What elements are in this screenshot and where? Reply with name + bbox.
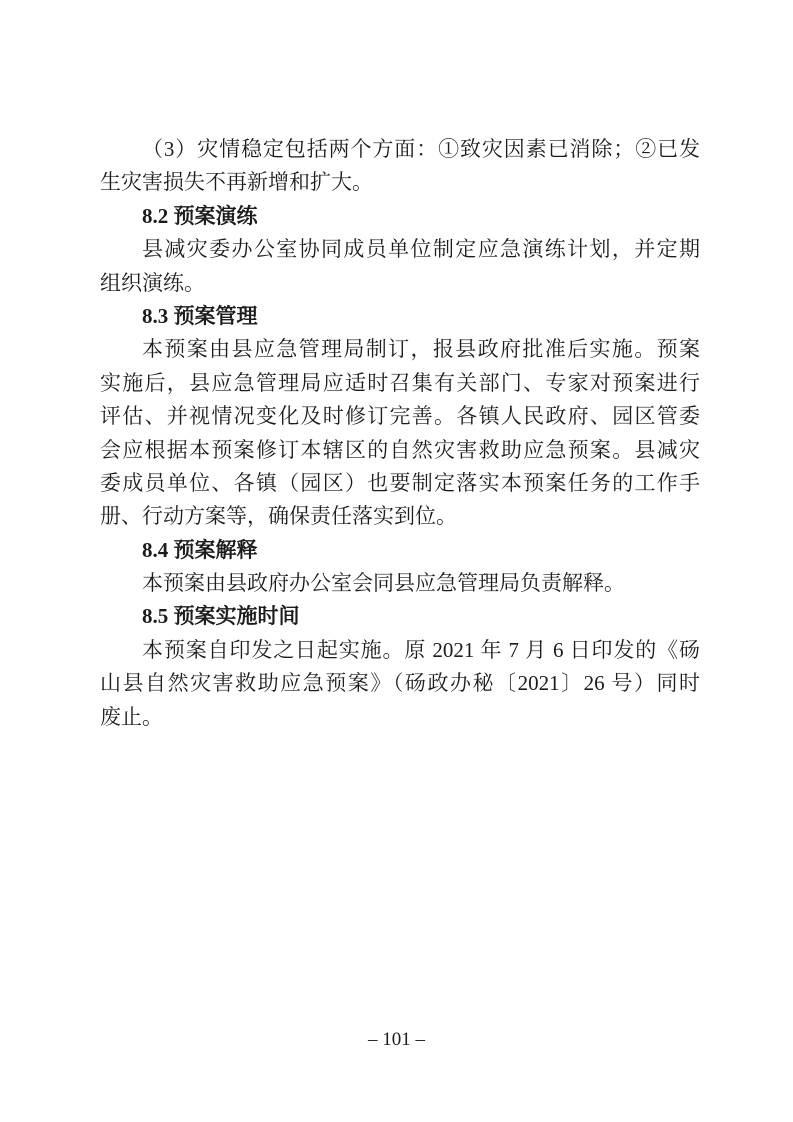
paragraph: 本预案由县应急管理局制订，报县政府批准后实施。预案实施后，县应急管理局应适时召集… bbox=[100, 333, 700, 533]
paragraph: 县减灾委办公室协同成员单位制定应急演练计划，并定期组织演练。 bbox=[100, 233, 700, 300]
text-line: 会应根据本预案修订本辖区的自然灾害救助应急预案。县减灾 bbox=[100, 434, 700, 467]
section-heading: 8.4 预案解释 bbox=[100, 534, 700, 567]
text-line: 册、行动方案等，确保责任落实到位。 bbox=[100, 500, 700, 533]
text-line: 本预案由县应急管理局制订，报县政府批准后实施。预案 bbox=[100, 333, 700, 366]
page-footer: – 101 – bbox=[0, 1028, 793, 1052]
section-heading: 8.3 预案管理 bbox=[100, 300, 700, 333]
text-line: 县减灾委办公室协同成员单位制定应急演练计划，并定期 bbox=[100, 233, 700, 266]
paragraph: 本预案自印发之日起实施。原 2021 年 7 月 6 日印发的《砀山县自然灾害救… bbox=[100, 634, 700, 734]
text-line: 本预案由县政府办公室会同县应急管理局负责解释。 bbox=[100, 567, 700, 600]
section-heading: 8.5 预案实施时间 bbox=[100, 600, 700, 633]
paragraph: （3）灾情稳定包括两个方面：①致灾因素已消除；②已发生灾害损失不再新增和扩大。 bbox=[100, 133, 700, 200]
text-line: 本预案自印发之日起实施。原 2021 年 7 月 6 日印发的《砀 bbox=[100, 634, 700, 667]
text-line: 生灾害损失不再新增和扩大。 bbox=[100, 166, 700, 199]
document-body: （3）灾情稳定包括两个方面：①致灾因素已消除；②已发生灾害损失不再新增和扩大。8… bbox=[100, 133, 700, 734]
text-line: 委成员单位、各镇（园区）也要制定落实本预案任务的工作手 bbox=[100, 467, 700, 500]
document-page: （3）灾情稳定包括两个方面：①致灾因素已消除；②已发生灾害损失不再新增和扩大。8… bbox=[0, 0, 793, 1122]
text-line: （3）灾情稳定包括两个方面：①致灾因素已消除；②已发 bbox=[100, 133, 700, 166]
text-line: 废止。 bbox=[100, 701, 700, 734]
section-heading: 8.2 预案演练 bbox=[100, 200, 700, 233]
text-line: 实施后，县应急管理局应适时召集有关部门、专家对预案进行 bbox=[100, 367, 700, 400]
text-line: 评估、并视情况变化及时修订完善。各镇人民政府、园区管委 bbox=[100, 400, 700, 433]
paragraph: 本预案由县政府办公室会同县应急管理局负责解释。 bbox=[100, 567, 700, 600]
page-number: – 101 – bbox=[368, 1029, 425, 1050]
text-line: 山县自然灾害救助应急预案》（砀政办秘〔2021〕26 号）同时 bbox=[100, 667, 700, 700]
text-line: 组织演练。 bbox=[100, 267, 700, 300]
